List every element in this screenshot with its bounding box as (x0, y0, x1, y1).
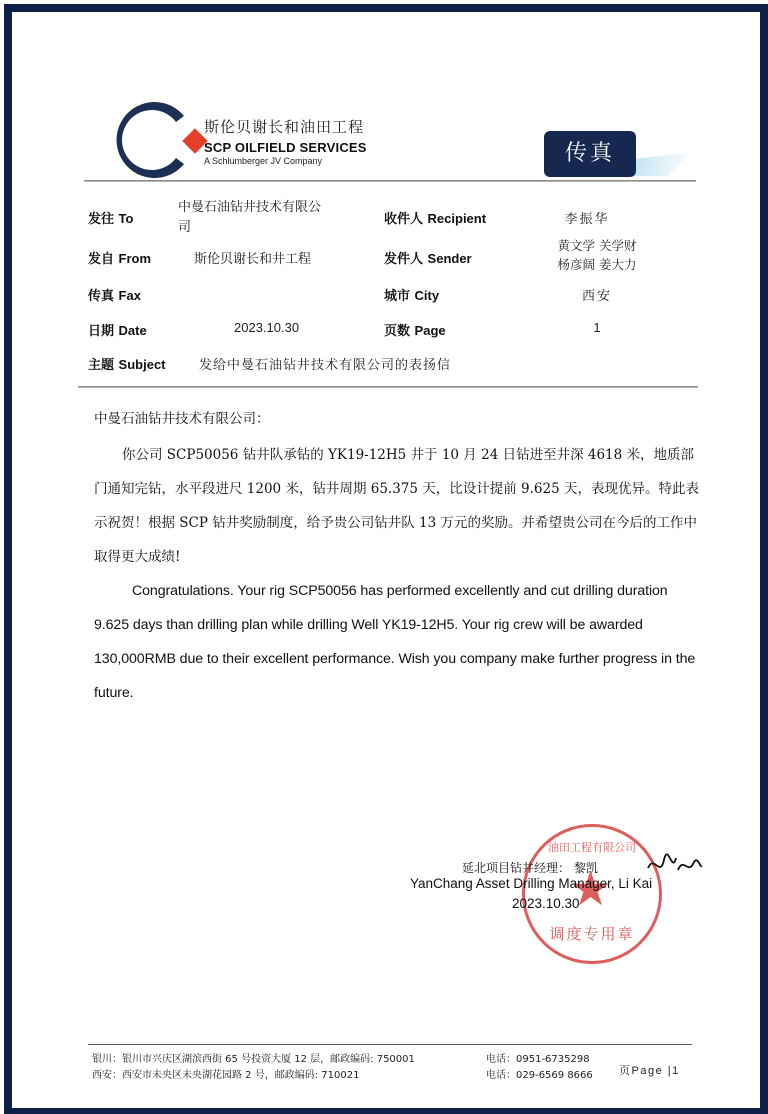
seal-arc-text: 油田工程有限公司 (525, 839, 659, 855)
date-value: 2023.10.30 (234, 320, 299, 335)
from-label: 发自 From (88, 248, 151, 267)
scp-logo-icon (110, 98, 210, 182)
fax-label: 传真 Fax (88, 285, 141, 304)
recipient-label: 收件人 Recipient (384, 208, 486, 227)
footer-divider (88, 1044, 692, 1045)
signature-date: 2023.10.30 (512, 896, 580, 911)
from-value: 斯伦贝谢长和井工程 (194, 248, 311, 267)
page-count-value: 1 (572, 320, 622, 335)
logo-chinese-name: 斯伦贝谢长和油田工程 (204, 116, 364, 137)
page-count-label: 页数 Page (384, 320, 446, 339)
footer-phone-xian: 电话：029-6569 8666 (486, 1066, 593, 1081)
company-logo: 斯伦贝谢长和油田工程 SCP OILFIELD SERVICES A Schlu… (100, 90, 400, 180)
company-seal: 油田工程有限公司 ★ 调度专用章 (522, 824, 662, 964)
sender-value: 黄文学 关学财杨彦阔 姜大力 (532, 236, 662, 274)
badge-decoration (632, 152, 692, 176)
fax-title-badge: 传真 (544, 131, 636, 177)
seal-text: 调度专用章 (525, 923, 659, 944)
handwritten-signature-icon (644, 850, 704, 882)
header-divider (84, 180, 696, 182)
signatory-title-cn: 延北项目钻井经理： 黎凯 (462, 859, 598, 876)
to-label: 发往 To (88, 208, 133, 227)
footer-address-yinchuan: 银川：银川市兴庆区湖滨西街 65 号投资大厦 12 层，邮政编码: 750001 (92, 1050, 415, 1065)
subject-value: 发给中曼石油钻井技术有限公司的表扬信 (199, 354, 451, 373)
salutation: 中曼石油钻井技术有限公司： (94, 408, 700, 430)
page-frame: 斯伦贝谢长和油田工程 SCP OILFIELD SERVICES A Schlu… (4, 4, 768, 1114)
logo-subtitle: A Schlumberger JV Company (204, 156, 322, 166)
paragraph-english: Congratulations. Your rig SCP50056 has p… (94, 574, 700, 710)
city-value: 西安 (552, 285, 642, 304)
signatory-title-en: YanChang Asset Drilling Manager, Li Kai (410, 876, 652, 891)
date-label: 日期 Date (88, 320, 147, 339)
logo-english-name: SCP OILFIELD SERVICES (204, 140, 367, 155)
to-value: 中曼石油钻井技术有限公司 (178, 198, 321, 238)
footer-page-indicator: 页Page |1 (619, 1062, 680, 1078)
fax-document: 斯伦贝谢长和油田工程 SCP OILFIELD SERVICES A Schlu… (12, 12, 760, 1108)
footer-address-xian: 西安：西安市未央区未央湖花园路 2 号，邮政编码: 710021 (92, 1066, 359, 1081)
recipient-value: 李振华 (532, 208, 642, 227)
footer-phone-yinchuan: 电话：0951-6735298 (486, 1050, 590, 1065)
city-label: 城市 City (384, 285, 439, 304)
sender-label: 发件人 Sender (384, 248, 472, 267)
body-divider (78, 386, 698, 388)
paragraph-chinese: 你公司 SCP50056 钻井队承钻的 YK19-12H5 井于 10 月 24… (94, 438, 700, 574)
letter-body: 中曼石油钻井技术有限公司： 你公司 SCP50056 钻井队承钻的 YK19-1… (94, 408, 700, 710)
subject-label: 主题 Subject (88, 354, 166, 373)
